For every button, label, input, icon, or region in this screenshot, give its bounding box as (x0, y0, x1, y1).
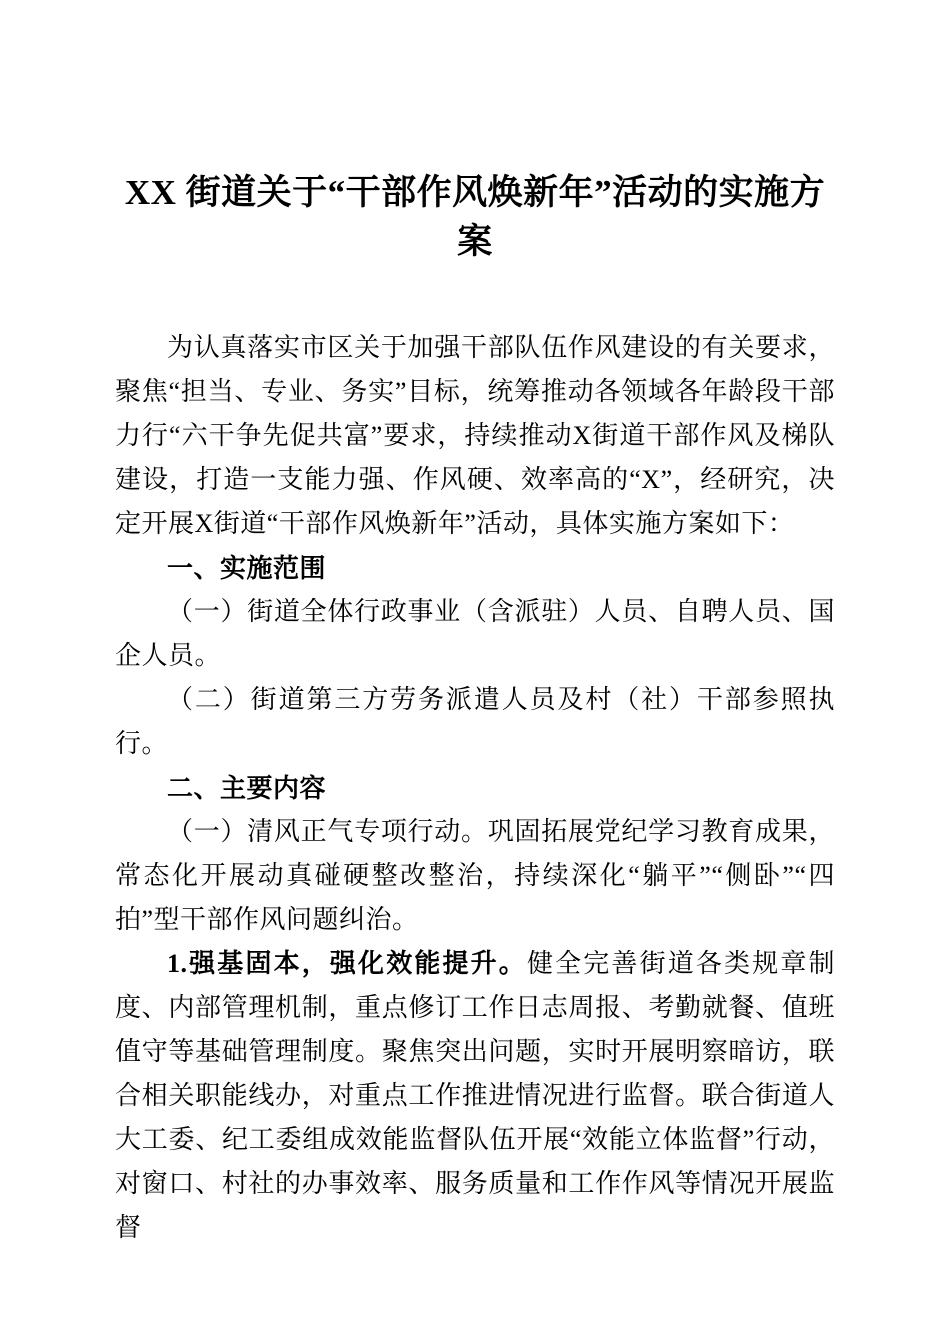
paragraph-action-1-lead: 1.强基固本，强化效能提升。 (167, 949, 527, 978)
paragraph-action-qingfeng: （一）清风正气专项行动。巩固拓展党纪学习教育成果，常态化开展动真碰硬整改整治，持… (115, 810, 835, 942)
paragraph-action-1: 1.强基固本，强化效能提升。健全完善街道各类规章制度、内部管理机制，重点修订工作… (115, 942, 835, 1250)
document-page: XX 街道关于“干部作风焕新年”活动的实施方案 为认真落实市区关于加强干部队伍作… (0, 0, 950, 1344)
paragraph-scope-item-2: （二）街道第三方劳务派遣人员及村（社）干部参照执行。 (115, 678, 835, 766)
document-title: XX 街道关于“干部作风焕新年”活动的实施方案 (115, 168, 835, 266)
section-heading-scope: 一、实施范围 (115, 546, 835, 590)
paragraph-intro: 为认真落实市区关于加强干部队伍作风建设的有关要求，聚焦“担当、专业、务实”目标，… (115, 326, 835, 546)
document-content: XX 街道关于“干部作风焕新年”活动的实施方案 为认真落实市区关于加强干部队伍作… (0, 0, 950, 1250)
paragraph-action-1-body: 健全完善街道各类规章制度、内部管理机制，重点修订工作日志周报、考勤就餐、值班值守… (115, 949, 835, 1242)
paragraph-scope-item-1: （一）街道全体行政事业（含派驻）人员、自聘人员、国企人员。 (115, 590, 835, 678)
section-heading-main-content: 二、主要内容 (115, 766, 835, 810)
